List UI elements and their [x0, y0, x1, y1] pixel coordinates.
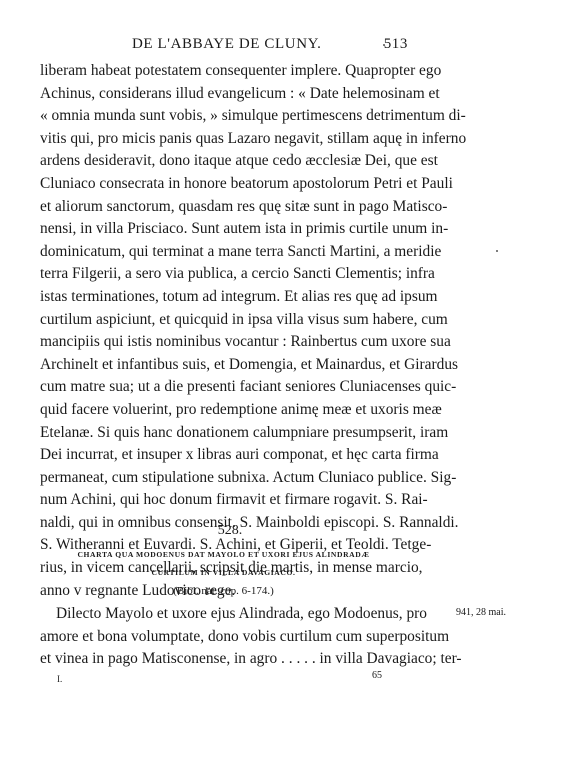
text-line: Cluniaco consecrata in honore beatorum a…: [40, 173, 407, 196]
text-line: ardens desideravit, dono itaque atque ce…: [40, 150, 407, 173]
text-line: terra Filgerii, a sero via publica, a ce…: [40, 263, 407, 286]
text-line: Dilecto Mayolo et uxore ejus Alindrada, …: [40, 603, 407, 626]
text-line: quid facere voluerint, pro redemptione a…: [40, 399, 407, 422]
text-line: Archinelt et infantibus suis, et Domengi…: [40, 354, 407, 377]
text-line: mancipiis qui istis nominibus vocantur :…: [40, 331, 407, 354]
text-line: liberam habeat potestatem consequenter i…: [40, 60, 407, 83]
text-line: Etelanæ. Si quis hanc donationem calumpn…: [40, 422, 407, 445]
text-line: et aliorum sanctorum, quasdam res quę si…: [40, 196, 407, 219]
text-line: istas terminationes, totum ad integrum. …: [40, 286, 407, 309]
charter-number: 528.: [0, 523, 460, 539]
text-line: permaneat, cum stipulatione subnixa. Act…: [40, 467, 407, 490]
signature-number: 65: [372, 670, 382, 681]
text-line: nensi, in villa Prisciaco. Sunt autem is…: [40, 218, 407, 241]
running-head: DE L'ABBAYE DE CLUNY. 513: [40, 36, 405, 56]
running-head-title: DE L'ABBAYE DE CLUNY.: [132, 36, 321, 53]
text-line: Achinus, considerans illud evangelicum :…: [40, 83, 407, 106]
scan-speck: [496, 250, 498, 252]
continuation-text: liberam habeat potestatem consequenter i…: [40, 60, 407, 602]
charter-source: (Bibl. nat. cop. 6-174.): [40, 585, 407, 597]
text-line: cum matre sua; ut a die presenti faciant…: [40, 376, 407, 399]
text-line: vitis qui, pro micis panis quas Lazaro n…: [40, 128, 407, 151]
book-page: DE L'ABBAYE DE CLUNY. 513 liberam habeat…: [0, 0, 565, 775]
charter-caption-line: CHARTA QUA MODOENUS DAT MAYOLO ET UXORI …: [40, 546, 407, 564]
text-line: num Achini, qui hoc donum firmavit et fi…: [40, 489, 407, 512]
text-line: « omnia munda sunt vobis, » simulque per…: [40, 105, 407, 128]
text-line: dominicatum, qui terminat a mane terra S…: [40, 241, 407, 264]
text-line: curtilum aspiciunt, et quicquid in ipsa …: [40, 309, 407, 332]
margin-date: 941, 28 mai.: [456, 607, 506, 618]
charter-text: Dilecto Mayolo et uxore ejus Alindrada, …: [40, 603, 407, 671]
signature-mark: I.: [57, 674, 62, 684]
text-line: amore et bona volumptate, dono vobis cur…: [40, 626, 407, 649]
text-line: Dei incurrat, et insuper x libras auri c…: [40, 444, 407, 467]
charter-caption-line: CURTILUM IN VILLA DAVAGIACO.: [40, 564, 407, 582]
charter-caption: CHARTA QUA MODOENUS DAT MAYOLO ET UXORI …: [40, 546, 407, 582]
text-line: et vinea in pago Matisconense, in agro .…: [40, 648, 407, 671]
scan-speck: [383, 44, 385, 46]
page-number: 513: [384, 36, 408, 53]
